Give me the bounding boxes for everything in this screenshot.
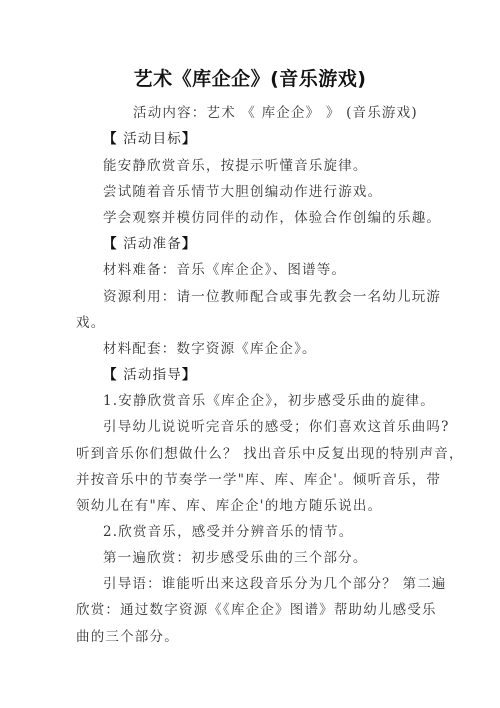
heading-bracket-open: 【: [103, 131, 118, 147]
heading-bracket-close: 】: [182, 236, 197, 252]
document-page: 艺术《库企企》(音乐游戏) 活动内容：艺术 《 库企企》 》 (音乐游戏) 【 …: [0, 0, 500, 708]
supporting-materials-line: 材料配套：数字资源《库企企》。: [103, 340, 317, 358]
section-heading-preparation: 【 活动准备】: [103, 235, 197, 253]
section-heading-guidance: 【 活动指导】: [103, 366, 197, 384]
heading-bracket-close: 】: [182, 131, 197, 147]
prompt-paragraph-line: 引导语：谁能听出来这段音乐分为几个部分？ 第二遍: [103, 575, 447, 593]
step-1-paragraph-line: 听到音乐你们想做什么？ 找出音乐中反复出现的特别声音，: [76, 445, 464, 463]
goal-item: 尝试随着音乐情节大胆创编动作进行游戏。: [103, 183, 382, 201]
heading-text: 活动指导: [118, 367, 182, 383]
heading-bracket-open: 【: [103, 236, 118, 252]
step-1-paragraph-line: 引导幼儿说说听完音乐的感受；你们喜欢这首乐曲吗?: [103, 418, 450, 436]
heading-text: 活动准备: [118, 236, 182, 252]
resources-line: 资源利用：请一位教师配合或事先教会一名幼儿玩游: [103, 288, 441, 306]
goal-item: 学会观察并模仿同伴的动作，体验合作创编的乐趣。: [103, 209, 441, 227]
step-2-title: 2.欣赏音乐，感受并分辨音乐的情节。: [103, 523, 353, 541]
materials-line: 材料难备：音乐《库企企》、图谱等。: [103, 261, 346, 279]
prompt-paragraph-line: 欣赏：通过数字资源《《库企企》图谱》帮助幼儿感受乐: [76, 601, 437, 619]
heading-text: 活动目标: [118, 131, 182, 147]
step-1-paragraph-line: 并按音乐中的节奏学一学"库、库、库企'。倾听音乐，带: [76, 471, 441, 489]
section-heading-goals: 【 活动目标】: [103, 130, 197, 148]
step-1-title: 1.安静欣赏音乐《库企企》，初步感受乐曲的旋律。: [103, 392, 435, 410]
heading-bracket-close: 】: [182, 367, 197, 383]
prompt-paragraph-line: 曲的三个部分。: [76, 628, 179, 646]
first-listen-line: 第一遍欣赏：初步感受乐曲的三个部分。: [103, 549, 368, 567]
step-1-paragraph-line: 领幼儿在有"库、库、库企企'的地方随乐说出。: [76, 497, 382, 515]
activity-content: 活动内容：艺术 《 库企企》 》 (音乐游戏): [133, 104, 418, 122]
heading-bracket-open: 【: [103, 367, 118, 383]
resources-line-continuation: 戏。: [76, 314, 105, 332]
document-title: 艺术《库企企》(音乐游戏): [0, 64, 500, 91]
goal-item: 能安静欣赏音乐，按提示听懂音乐旋律。: [103, 157, 368, 175]
